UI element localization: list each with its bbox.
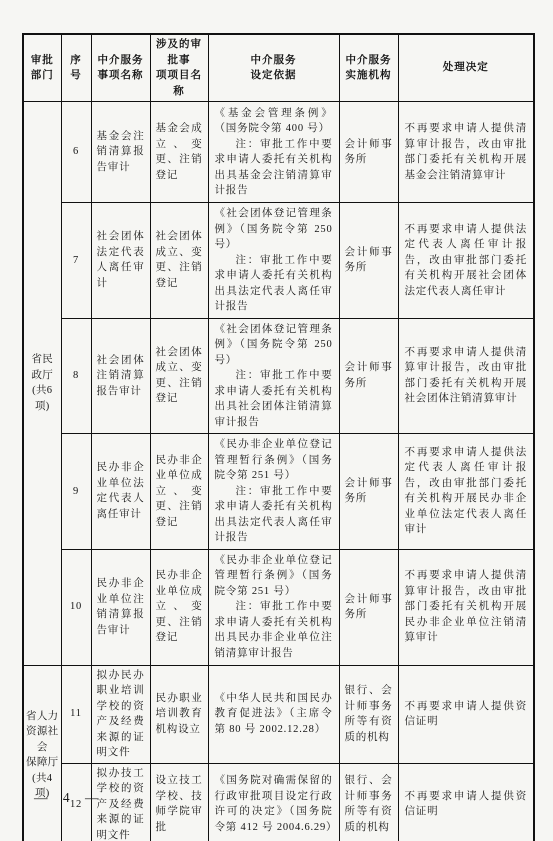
project-name-cell: 基金会成立、变更、注销登记 [150, 102, 208, 203]
basis-law-text: 《社会团体登记管理条例》（国务院令第 250 号） [215, 206, 333, 253]
service-name-cell: 基金会注销清算报告审计 [91, 102, 150, 203]
table-row: 省人力 资源社会 保障厅 (共4项) 11 拟办民办职业培训学校的资产及经费来源… [23, 665, 534, 763]
table-row: 7 社会团体法定代表人离任审计 社会团体成立、变更、注销登记 《社会团体登记管理… [23, 203, 534, 319]
header-decision: 处理决定 [398, 34, 534, 102]
basis-note-text: 注：审批工作中要求申请人委托有关机构出具法定代表人离任审计报告 [215, 484, 333, 546]
decision-cell: 不再要求申请人提供清算审计报告，改由审批部门委托有关机构开展民办非企业单位注销清… [398, 549, 534, 665]
table-body: 省民 政厅 (共6项) 6 基金会注销清算报告审计 基金会成立、变更、注销登记 … [23, 102, 534, 841]
basis-law-text: 《基金会管理条例》（国务院令第 400 号） [215, 106, 333, 137]
department-cell-civil-affairs: 省民 政厅 (共6项) [23, 102, 61, 666]
basis-law-text: 《中华人民共和国民办教育促进法》（主席令第 80 号 2002.12.28） [215, 691, 333, 738]
project-name-cell: 设立技工学校、技师学院审批 [150, 763, 208, 841]
decision-cell: 不再要求申请人提供法定代表人离任审计报告，改由审批部门委托有关机构开展民办非企业… [398, 434, 534, 550]
header-agency: 中介服务 实施机构 [339, 34, 398, 102]
basis-law-text: 《民办非企业单位登记管理暂行条例》（国务院令第 251 号） [215, 553, 333, 600]
basis-note-text: 注：审批工作中要求申请人委托有关机构出具法定代表人离任审计报告 [215, 253, 333, 315]
seq-cell: 11 [61, 665, 91, 763]
header-seq: 序号 [61, 34, 91, 102]
basis-law-text: 《民办非企业单位登记管理暂行条例》（国务院令第 251 号） [215, 437, 333, 484]
agency-cell: 会计师事务所 [339, 203, 398, 319]
table-row: 省民 政厅 (共6项) 6 基金会注销清算报告审计 基金会成立、变更、注销登记 … [23, 102, 534, 203]
project-name-cell: 民办职业培训教育机构设立 [150, 665, 208, 763]
seq-cell: 7 [61, 203, 91, 319]
agency-cell: 会计师事务所 [339, 549, 398, 665]
header-basis: 中介服务 设定依据 [208, 34, 339, 102]
page-number: — 4 — [34, 790, 105, 806]
table-row: 9 民办非企业单位法定代表人离任审计 民办非企业单位成立、变更、注销登记 《民办… [23, 434, 534, 550]
project-name-cell: 民办非企业单位成立、变更、注销登记 [150, 434, 208, 550]
basis-note-text: 注：审批工作中要求申请人委托有关机构出具社会团体注销清算审计报告 [215, 368, 333, 430]
service-name-cell: 民办非企业单位注销清算报告审计 [91, 549, 150, 665]
seq-cell: 6 [61, 102, 91, 203]
agency-cell: 银行、会计师事务所等有资质的机构 [339, 763, 398, 841]
approval-items-table: 审批 部门 序号 中介服务 事项名称 涉及的审批事 项项目名称 中介服务 设定依… [22, 33, 535, 841]
service-name-cell: 社会团体注销清算报告审计 [91, 318, 150, 434]
basis-cell: 《中华人民共和国民办教育促进法》（主席令第 80 号 2002.12.28） [208, 665, 339, 763]
basis-cell: 《基金会管理条例》（国务院令第 400 号） 注：审批工作中要求申请人委托有关机… [208, 102, 339, 203]
table-header: 审批 部门 序号 中介服务 事项名称 涉及的审批事 项项目名称 中介服务 设定依… [23, 34, 534, 102]
department-cell-human-resources: 省人力 资源社会 保障厅 (共4项) [23, 665, 61, 841]
seq-cell: 9 [61, 434, 91, 550]
header-row: 审批 部门 序号 中介服务 事项名称 涉及的审批事 项项目名称 中介服务 设定依… [23, 34, 534, 102]
project-name-cell: 民办非企业单位成立、变更、注销登记 [150, 549, 208, 665]
basis-note-text: 注：审批工作中要求申请人委托有关机构出具民办非企业单位注销清算审计报告 [215, 599, 333, 661]
basis-cell: 《民办非企业单位登记管理暂行条例》（国务院令第 251 号） 注：审批工作中要求… [208, 434, 339, 550]
agency-cell: 银行、会计师事务所等有资质的机构 [339, 665, 398, 763]
basis-law-text: 《社会团体登记管理条例》（国务院令第 250 号） [215, 322, 333, 369]
seq-cell: 10 [61, 549, 91, 665]
basis-cell: 《民办非企业单位登记管理暂行条例》（国务院令第 251 号） 注：审批工作中要求… [208, 549, 339, 665]
project-name-cell: 社会团体成立、变更、注销登记 [150, 203, 208, 319]
agency-cell: 会计师事务所 [339, 434, 398, 550]
basis-cell: 《社会团体登记管理条例》（国务院令第 250 号） 注：审批工作中要求申请人委托… [208, 318, 339, 434]
basis-law-text: 《国务院对确需保留的行政审批项目设定行政许可的决定》（国务院令第 412 号 2… [215, 773, 333, 835]
agency-cell: 会计师事务所 [339, 102, 398, 203]
document-page: 审批 部门 序号 中介服务 事项名称 涉及的审批事 项项目名称 中介服务 设定依… [0, 0, 553, 841]
table-row: 8 社会团体注销清算报告审计 社会团体成立、变更、注销登记 《社会团体登记管理条… [23, 318, 534, 434]
agency-cell: 会计师事务所 [339, 318, 398, 434]
header-approval-department: 审批 部门 [23, 34, 61, 102]
project-name-cell: 社会团体成立、变更、注销登记 [150, 318, 208, 434]
header-service-name: 中介服务 事项名称 [91, 34, 150, 102]
basis-cell: 《国务院对确需保留的行政审批项目设定行政许可的决定》（国务院令第 412 号 2… [208, 763, 339, 841]
table-row: 10 民办非企业单位注销清算报告审计 民办非企业单位成立、变更、注销登记 《民办… [23, 549, 534, 665]
basis-cell: 《社会团体登记管理条例》（国务院令第 250 号） 注：审批工作中要求申请人委托… [208, 203, 339, 319]
header-project-name: 涉及的审批事 项项目名称 [150, 34, 208, 102]
service-name-cell: 社会团体法定代表人离任审计 [91, 203, 150, 319]
decision-cell: 不再要求申请人提供清算审计报告，改由审批部门委托有关机构开展社会团体注销清算审计 [398, 318, 534, 434]
service-name-cell: 拟办民办职业培训学校的资产及经费来源的证明文件 [91, 665, 150, 763]
seq-cell: 8 [61, 318, 91, 434]
service-name-cell: 民办非企业单位法定代表人离任审计 [91, 434, 150, 550]
decision-cell: 不再要求申请人提供资信证明 [398, 763, 534, 841]
decision-cell: 不再要求申请人提供清算审计报告，改由审批部门委托有关机构开展基金会注销清算审计 [398, 102, 534, 203]
basis-note-text: 注：审批工作中要求申请人委托有关机构出具基金会注销清算审计报告 [215, 137, 333, 199]
decision-cell: 不再要求申请人提供资信证明 [398, 665, 534, 763]
decision-cell: 不再要求申请人提供法定代表人离任审计报告，改由审批部门委托有关机构开展社会团体法… [398, 203, 534, 319]
